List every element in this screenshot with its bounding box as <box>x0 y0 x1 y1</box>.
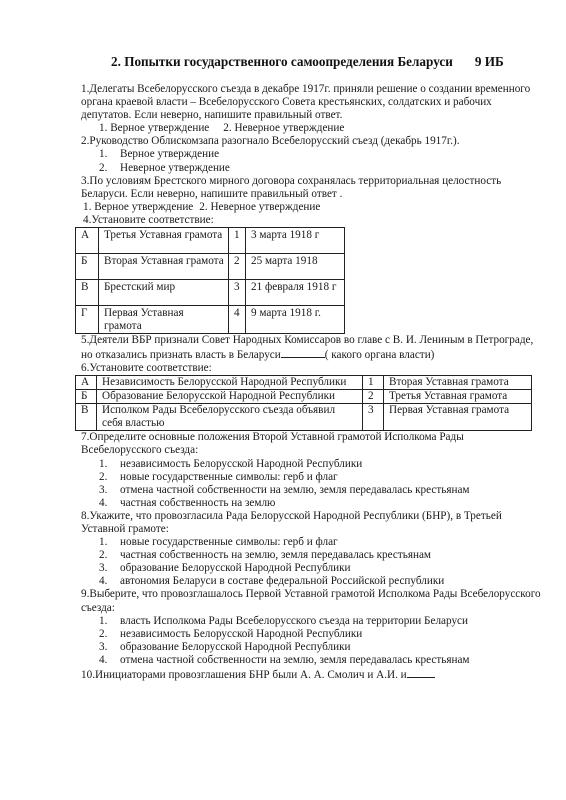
question-2: 2.Руководство Облискомзапа разогнало Все… <box>81 135 541 174</box>
question-9: 9.Выберите, что провозглашалось Первой У… <box>81 588 541 667</box>
row-number: 4 <box>229 306 246 334</box>
row-match: 21 февраля 1918 г <box>246 280 345 306</box>
row-letter: А <box>76 228 99 254</box>
option-number: 1. <box>99 458 120 471</box>
question-4: 4.Установите соответствие: А Третья Уста… <box>81 214 541 334</box>
table-row: В Брестский мир 3 21 февраля 1918 г <box>76 280 345 306</box>
option-item[interactable]: 2.независимость Белорусской Народной Рес… <box>99 628 541 641</box>
question-1: 1.Делегаты Всебелорусского съезда в дека… <box>81 83 541 135</box>
option-number: 2. <box>99 471 120 484</box>
option-label: Верное утверждение <box>120 148 219 160</box>
table-row: В Исполком Рады Всебелорусского съезда о… <box>76 404 532 431</box>
option-label: новые государственные символы: герб и фл… <box>120 536 338 548</box>
row-item: Независимость Белорусской Народной Респу… <box>97 376 363 390</box>
row-letter: Б <box>76 254 99 280</box>
question-8-options: 1.новые государственные символы: герб и … <box>81 536 541 588</box>
option-false[interactable]: 2. Неверное утверждение <box>223 122 344 134</box>
option-item[interactable]: 3.образование Белорусской Народной Респу… <box>99 562 541 575</box>
question-5: 5.Деятели ВБР признали Совет Народных Ко… <box>81 334 541 362</box>
option-item[interactable]: 1.власть Исполкома Рады Всебелорусского … <box>99 615 541 628</box>
option-number: 2. <box>99 549 120 562</box>
option-label: частная собственность на землю, земля пе… <box>120 549 431 561</box>
row-letter: Г <box>76 306 99 334</box>
row-item: Третья Уставная грамота <box>99 228 229 254</box>
row-match: Первая Уставная грамота <box>384 404 532 431</box>
option-item[interactable]: 2.Неверное утверждение <box>99 162 541 175</box>
row-number: 2 <box>363 390 384 404</box>
option-number: 2. <box>99 628 120 641</box>
option-number: 4. <box>99 654 120 667</box>
option-item[interactable]: 2.частная собственность на землю, земля … <box>99 549 541 562</box>
question-1-options: 1. Верное утверждение2. Неверное утвержд… <box>81 122 541 135</box>
question-9-options: 1.власть Исполкома Рады Всебелорусского … <box>81 615 541 667</box>
option-number: 1. <box>99 536 120 549</box>
question-9-text: 9.Выберите, что провозглашалось Первой У… <box>81 588 541 614</box>
option-number: 3. <box>99 562 120 575</box>
question-7-text: 7.Определите основные положения Второй У… <box>81 431 541 457</box>
option-item[interactable]: 2.новые государственные символы: герб и … <box>99 471 541 484</box>
row-match: 9 марта 1918 г. <box>246 306 345 334</box>
question-2-options: 1.Верное утверждение 2.Неверное утвержде… <box>81 148 541 174</box>
table-row: Б Образование Белорусской Народной Респу… <box>76 390 532 404</box>
option-number: 1. <box>99 615 120 628</box>
option-number: 3. <box>99 484 120 497</box>
option-label: образование Белорусской Народной Республ… <box>120 641 351 653</box>
question-6-text: 6.Установите соответствие: <box>81 362 541 375</box>
option-item[interactable]: 3.образование Белорусской Народной Респу… <box>99 641 541 654</box>
question-4-text: 4.Установите соответствие: <box>81 214 541 227</box>
row-item: Вторая Уставная грамота <box>99 254 229 280</box>
option-label: независимость Белорусской Народной Респу… <box>120 628 362 640</box>
question-10-text-body: 10.Инициаторами провозглашения БНР были … <box>81 669 407 681</box>
question-1-text: 1.Делегаты Всебелорусского съезда в дека… <box>81 83 541 122</box>
option-number: 4. <box>99 497 120 510</box>
option-number: 2. <box>99 162 120 175</box>
option-number: 1. <box>99 148 120 161</box>
row-item: Исполком Рады Всебелорусского съезда объ… <box>97 404 363 431</box>
row-item: Первая Уставная грамота <box>99 306 229 334</box>
row-item: Брестский мир <box>99 280 229 306</box>
option-item[interactable]: 1.Верное утверждение <box>99 148 541 161</box>
option-label: новые государственные символы: герб и фл… <box>120 471 338 483</box>
option-label: отмена частной собственности на землю, з… <box>120 484 470 496</box>
option-label: независимость Белорусской Народной Респу… <box>120 458 362 470</box>
row-letter: Б <box>76 390 97 404</box>
option-label: частная собственность на землю <box>120 497 275 509</box>
row-number: 1 <box>363 376 384 390</box>
option-true[interactable]: 1. Верное утверждение <box>83 201 193 213</box>
table-row: Б Вторая Уставная грамота 2 25 марта 191… <box>76 254 345 280</box>
option-label: отмена частной собственности на землю, з… <box>120 654 470 666</box>
question-10: 10.Инициаторами провозглашения БНР были … <box>81 667 541 682</box>
table-row: Г Первая Уставная грамота 4 9 марта 1918… <box>76 306 345 334</box>
question-7: 7.Определите основные положения Второй У… <box>81 431 541 510</box>
row-number: 1 <box>229 228 246 254</box>
question-3-options: 1. Верное утверждение2. Неверное утвержд… <box>81 201 541 214</box>
question-6: 6.Установите соответствие: А Независимос… <box>81 362 541 431</box>
matching-table-1: А Третья Уставная грамота 1 3 марта 1918… <box>75 227 345 334</box>
row-number: 2 <box>229 254 246 280</box>
option-item[interactable]: 4.автономия Беларуси в составе федеральн… <box>99 575 541 588</box>
table-row: А Независимость Белорусской Народной Рес… <box>76 376 532 390</box>
matching-table-2: А Независимость Белорусской Народной Рес… <box>75 375 532 431</box>
option-label: Неверное утверждение <box>120 162 230 174</box>
row-match: 3 марта 1918 г <box>246 228 345 254</box>
grade-label: 9 ИБ <box>475 55 504 68</box>
question-8: 8.Укажите, что провозгласила Рада Белору… <box>81 510 541 589</box>
option-label: образование Белорусской Народной Республ… <box>120 562 351 574</box>
row-number: 3 <box>229 280 246 306</box>
question-7-options: 1.независимость Белорусской Народной Рес… <box>81 458 541 510</box>
row-letter: В <box>76 404 97 431</box>
row-letter: В <box>76 280 99 306</box>
question-3-text: 3.По условиям Брестского мирного договор… <box>81 175 541 201</box>
answer-blank[interactable] <box>281 347 325 358</box>
row-match: Третья Уставная грамота <box>384 390 532 404</box>
questions-body: 1.Делегаты Всебелорусского съезда в дека… <box>81 83 541 682</box>
row-number: 3 <box>363 404 384 431</box>
answer-blank[interactable] <box>407 667 435 678</box>
row-letter: А <box>76 376 97 390</box>
row-match: Вторая Уставная грамота <box>384 376 532 390</box>
option-number: 4. <box>99 575 120 588</box>
option-number: 3. <box>99 641 120 654</box>
question-10-text: 10.Инициаторами провозглашения БНР были … <box>81 667 541 682</box>
question-5-text-after: ( какого органа власти) <box>325 349 435 361</box>
option-item[interactable]: 1.независимость Белорусской Народной Рес… <box>99 458 541 471</box>
option-item[interactable]: 1.новые государственные символы: герб и … <box>99 536 541 549</box>
option-false[interactable]: 2. Неверное утверждение <box>199 201 320 213</box>
option-label: власть Исполкома Рады Всебелорусского съ… <box>120 615 468 627</box>
option-label: автономия Беларуси в составе федеральной… <box>120 575 444 587</box>
question-5-text: 5.Деятели ВБР признали Совет Народных Ко… <box>81 334 541 362</box>
row-item: Образование Белорусской Народной Республ… <box>97 390 363 404</box>
title-text: 2. Попытки государственного самоопределе… <box>111 54 453 69</box>
option-item[interactable]: 4.частная собственность на землю <box>99 497 541 510</box>
option-true[interactable]: 1. Верное утверждение <box>99 122 209 134</box>
question-2-text: 2.Руководство Облискомзапа разогнало Все… <box>81 135 541 148</box>
row-match: 25 марта 1918 <box>246 254 345 280</box>
option-item[interactable]: 3.отмена частной собственности на землю,… <box>99 484 541 497</box>
option-item[interactable]: 4.отмена частной собственности на землю,… <box>99 654 541 667</box>
question-8-text: 8.Укажите, что провозгласила Рада Белору… <box>81 510 541 536</box>
question-3: 3.По условиям Брестского мирного договор… <box>81 175 541 214</box>
document-title: 2. Попытки государственного самоопределе… <box>111 55 504 68</box>
table-row: А Третья Уставная грамота 1 3 марта 1918… <box>76 228 345 254</box>
